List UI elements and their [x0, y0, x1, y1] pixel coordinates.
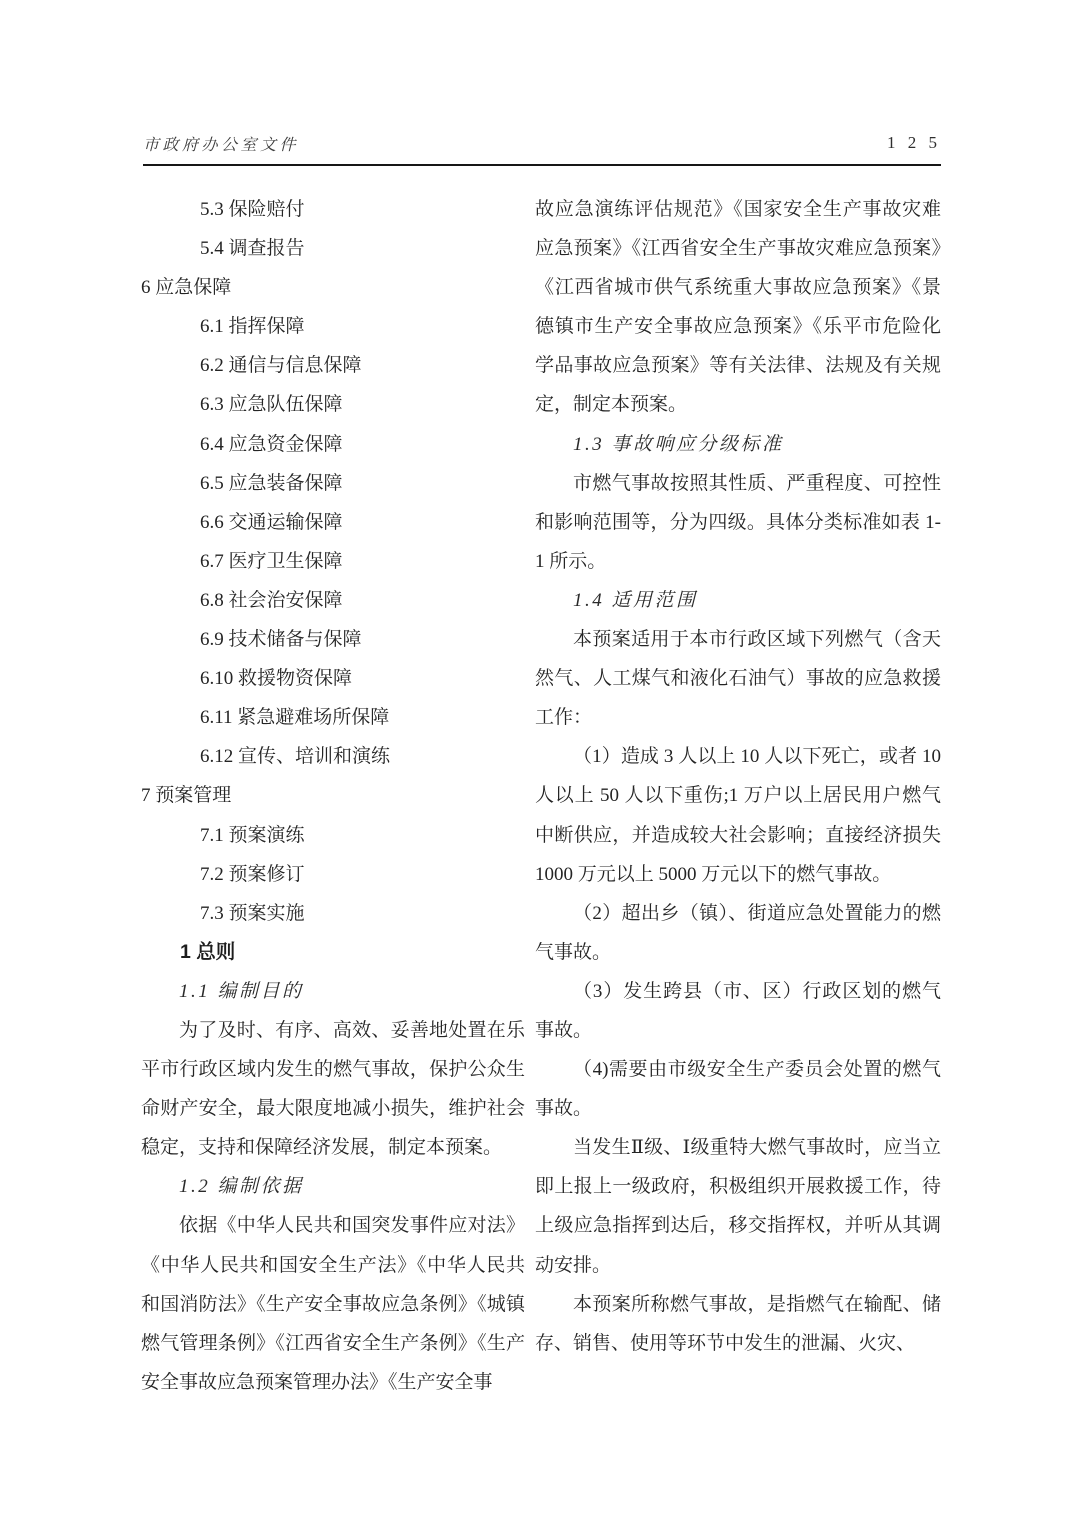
- toc-item-7-3: 7.3 预案实施: [141, 894, 525, 933]
- header-title: 市政府办公室文件: [143, 132, 299, 155]
- toc-item-5-3: 5.3 保险赔付: [141, 190, 525, 229]
- toc-item-6-5: 6.5 应急装备保障: [141, 464, 525, 503]
- page-number: 1 2 5: [887, 133, 941, 153]
- header-rule: [143, 164, 941, 166]
- paragraph-basis: 依据《中华人民共和国突发事件应对法》《中华人民共和国安全生产法》《中华人民共和国…: [141, 1206, 525, 1401]
- toc-item-6-11: 6.11 紧急避难场所保障: [141, 698, 525, 737]
- toc-item-7-2: 7.2 预案修订: [141, 855, 525, 894]
- toc-item-6-10: 6.10 救援物资保障: [141, 659, 525, 698]
- paragraph-basis-continued: 故应急演练评估规范》《国家安全生产事故灾难应急预案》《江西省安全生产事故灾难应急…: [535, 190, 941, 425]
- paragraph-level-response: 当发生Ⅱ级、Ⅰ级重特大燃气事故时，应当立即上报上一级政府，积极组织开展救援工作，…: [535, 1128, 941, 1284]
- subheading-1-1: 1.1 编制目的: [141, 972, 525, 1011]
- paragraph-scope: 本预案适用于本市行政区域下列燃气（含天然气、人工煤气和液化石油气）事故的应急救援…: [535, 620, 941, 737]
- toc-item-7-1: 7.1 预案演练: [141, 816, 525, 855]
- toc-item-6-4: 6.4 应急资金保障: [141, 425, 525, 464]
- list-item-4: （4)需要由市级安全生产委员会处置的燃气事故。: [535, 1050, 941, 1128]
- toc-item-5-4: 5.4 调查报告: [141, 229, 525, 268]
- toc-item-7: 7 预案管理: [141, 776, 525, 815]
- left-column: 5.3 保险赔付 5.4 调查报告 6 应急保障 6.1 指挥保障 6.2 通信…: [141, 190, 525, 1402]
- toc-item-6-6: 6.6 交通运输保障: [141, 503, 525, 542]
- paragraph-definition: 本预案所称燃气事故，是指燃气在输配、储存、销售、使用等环节中发生的泄漏、火灾、: [535, 1285, 941, 1363]
- paragraph-classification: 市燃气事故按照其性质、严重程度、可控性和影响范围等，分为四级。具体分类标准如表 …: [535, 464, 941, 581]
- section-heading-1: 1 总则: [141, 933, 525, 972]
- toc-item-6-2: 6.2 通信与信息保障: [141, 346, 525, 385]
- toc-item-6-3: 6.3 应急队伍保障: [141, 385, 525, 424]
- right-column: 故应急演练评估规范》《国家安全生产事故灾难应急预案》《江西省安全生产事故灾难应急…: [535, 190, 941, 1402]
- subheading-1-2: 1.2 编制依据: [141, 1167, 525, 1206]
- list-item-1: （1）造成 3 人以上 10 人以下死亡，或者 10 人以上 50 人以下重伤;…: [535, 737, 941, 893]
- document-page: 市政府办公室文件 1 2 5 5.3 保险赔付 5.4 调查报告 6 应急保障 …: [0, 0, 1074, 1520]
- list-item-2: （2）超出乡（镇）、街道应急处置能力的燃气事故。: [535, 894, 941, 972]
- list-item-3: （3）发生跨县（市、区）行政区划的燃气事故。: [535, 972, 941, 1050]
- subheading-1-3: 1.3 事故响应分级标准: [535, 425, 941, 464]
- toc-item-6-1: 6.1 指挥保障: [141, 307, 525, 346]
- toc-item-6-7: 6.7 医疗卫生保障: [141, 542, 525, 581]
- toc-item-6-12: 6.12 宣传、培训和演练: [141, 737, 525, 776]
- subheading-1-4: 1.4 适用范围: [535, 581, 941, 620]
- toc-item-6-9: 6.9 技术储备与保障: [141, 620, 525, 659]
- toc-item-6: 6 应急保障: [141, 268, 525, 307]
- document-body: 5.3 保险赔付 5.4 调查报告 6 应急保障 6.1 指挥保障 6.2 通信…: [141, 190, 941, 1402]
- paragraph-purpose: 为了及时、有序、高效、妥善地处置在乐平市行政区域内发生的燃气事故，保护公众生命财…: [141, 1011, 525, 1167]
- toc-item-6-8: 6.8 社会治安保障: [141, 581, 525, 620]
